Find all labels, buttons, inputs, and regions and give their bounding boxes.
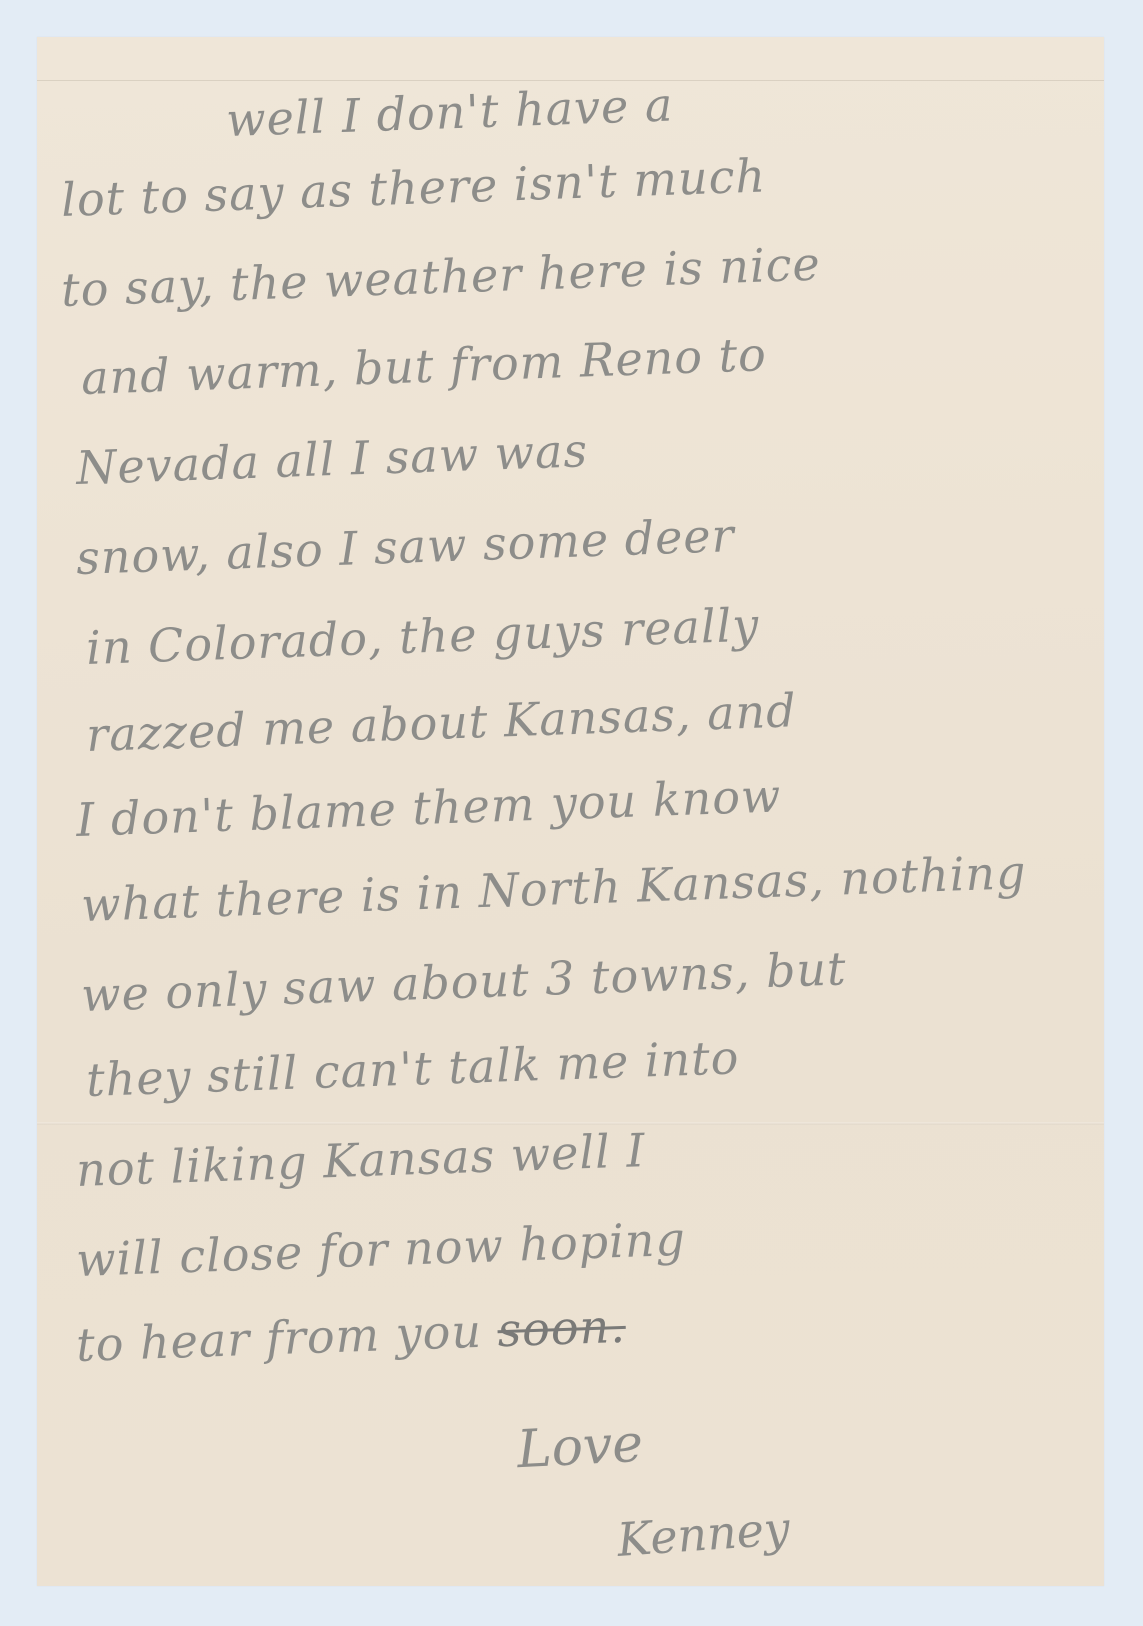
letter-line-text: to hear from you xyxy=(75,1304,483,1372)
letter-line: not liking Kansas well I xyxy=(75,1127,646,1193)
letter-line: razzed me about Kansas, and xyxy=(85,687,797,758)
letter-line: in Colorado, the guys really xyxy=(85,602,760,671)
letter-line: to say, the weather here is nice xyxy=(60,241,821,313)
letter-line: and warm, but from Reno to xyxy=(80,331,767,401)
letter-line: lot to say as there isn't much xyxy=(60,152,766,223)
letter-line: snow, also I saw some deer xyxy=(75,512,735,581)
letter-line: will close for now hoping xyxy=(75,1216,686,1283)
letter-line: Nevada all I saw was xyxy=(75,427,588,491)
letter-line: well I don't have a xyxy=(225,81,674,143)
letter-line: what there is in North Kansas, nothing xyxy=(80,849,1027,928)
letter-line: they still can't talk me into xyxy=(85,1034,740,1103)
letter-closing: Love xyxy=(516,1414,645,1481)
letter-line: I don't blame them you know xyxy=(75,772,782,843)
letter-line-last: to hear from you soon. xyxy=(75,1303,626,1368)
letter-line: we only saw about 3 towns, but xyxy=(80,945,847,1018)
struck-word: soon. xyxy=(497,1299,627,1357)
letter-page: well I don't have a lot to say as there … xyxy=(37,37,1104,1586)
letter-signature: Kenney xyxy=(615,1501,791,1567)
